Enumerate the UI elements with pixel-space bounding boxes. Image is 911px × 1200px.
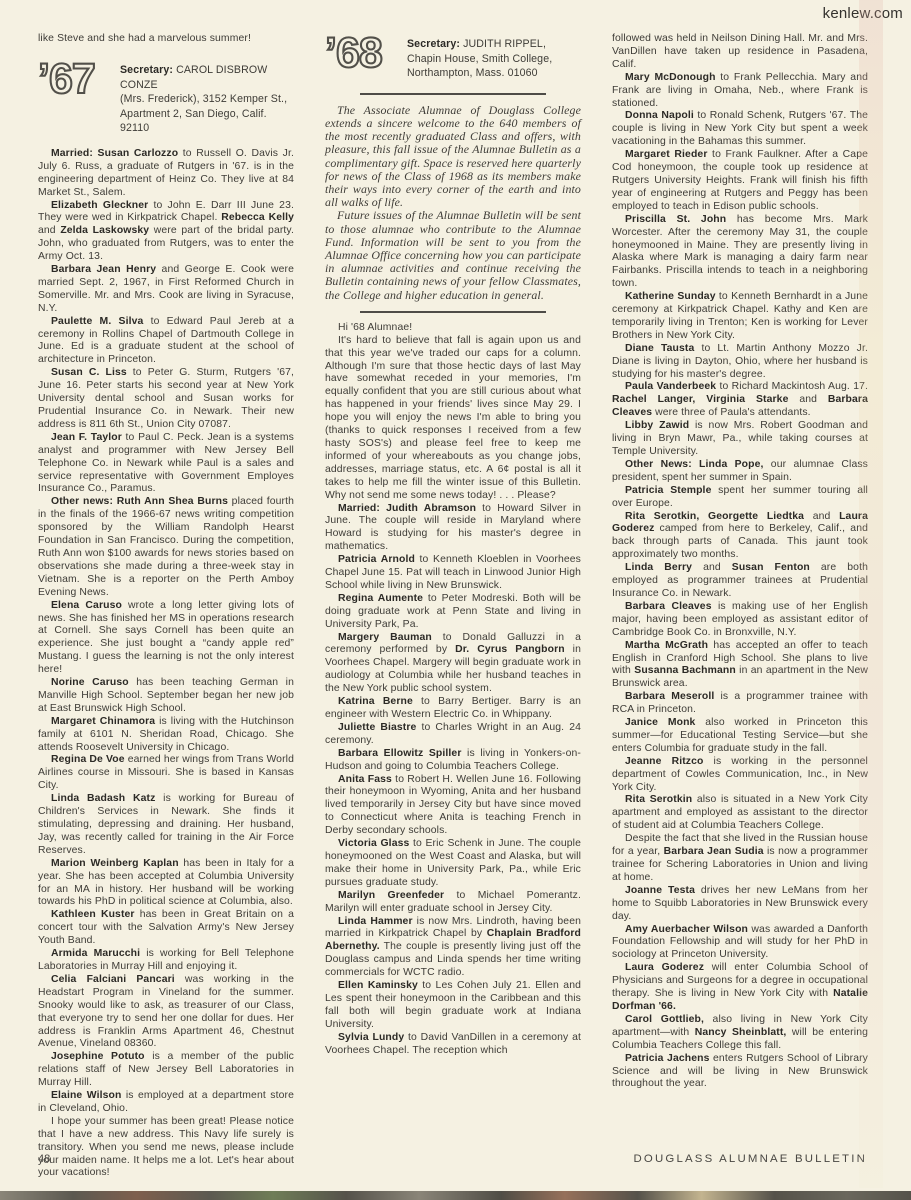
bold-name-text: Armida Marucchi: [51, 948, 140, 959]
bold-name-text: Secretary:: [407, 38, 463, 50]
bold-name-text: Victoria Glass: [338, 838, 409, 849]
body-text: followed was held in Neilson Dining Hall…: [612, 33, 868, 70]
class-year-header: ’68Secretary: JUDITH RIPPEL,Chapin House…: [325, 35, 581, 81]
paragraph: Other News: Linda Pope, our alumnae Clas…: [612, 459, 868, 485]
paragraph: Regina Aumente to Peter Modreski. Both w…: [325, 593, 581, 632]
body-text: (Mrs. Frederick), 3152 Kemper St.,: [120, 93, 287, 105]
bold-name-text: Anita Fass: [338, 774, 392, 785]
bold-name-text: Zelda Laskowsky: [60, 225, 149, 236]
paragraph: Barbara Meseroll is a programmer trainee…: [612, 691, 868, 717]
bold-name-text: Linda Berry: [625, 562, 692, 573]
paragraph: Regina De Voe earned her wings from Tran…: [38, 754, 294, 793]
bold-name-text: Barbara Cleaves: [625, 601, 712, 612]
bold-name-text: Regina De Voe: [51, 754, 125, 765]
paragraph: Barbara Jean Henry and George E. Cook we…: [38, 264, 294, 316]
bold-name-text: Susan Fenton: [732, 562, 810, 573]
intro-paragraph: Future issues of the Alumnae Bulletin wi…: [325, 209, 581, 301]
paragraph: Despite the fact that she lived in the R…: [612, 833, 868, 885]
watermark: kenlew.com: [823, 5, 903, 22]
bold-name-text: Barbara Jean Sudia: [664, 846, 764, 857]
bold-name-text: Margaret Rieder: [625, 149, 707, 160]
column-1: like Steve and she had a marvelous summe…: [38, 33, 294, 1180]
paragraph: Donna Napoli to Ronald Schenk, Rutgers '…: [612, 110, 868, 149]
secretary-info: Secretary: CAROL DISBROW CONZE(Mrs. Fred…: [120, 61, 294, 136]
body-text: like Steve and she had a marvelous summe…: [38, 33, 251, 44]
paragraph: Married: Susan Carlozzo to Russell O. Da…: [38, 148, 294, 200]
secretary-line: Northampton, Mass. 01060: [407, 66, 552, 81]
bold-name-text: Katherine Sunday: [625, 291, 716, 302]
paragraph: Jeanne Ritzco is working in the personne…: [612, 756, 868, 795]
body-text: Hi '68 Alumnae!: [338, 322, 412, 333]
bold-name-text: Amy Auerbacher Wilson: [625, 924, 748, 935]
footer-title: DOUGLASS ALUMNAE BULLETIN: [633, 1153, 867, 1165]
body-text: placed fourth in the finals of the 1966-…: [38, 496, 294, 597]
bold-name-text: Paula Vanderbeek: [625, 381, 716, 392]
secretary-line: Secretary: JUDITH RIPPEL,: [407, 37, 552, 52]
paragraph: Patricia Stemple spent her summer tourin…: [612, 485, 868, 511]
secretary-line: Chapin House, Smith College,: [407, 52, 552, 67]
bold-name-text: Celia Falciani Pancari: [51, 974, 175, 985]
bold-name-text: Rita Serotkin: [625, 794, 692, 805]
paragraph: followed was held in Neilson Dining Hall…: [612, 33, 868, 72]
bold-name-text: Married: Judith Abramson: [338, 503, 476, 514]
paragraph: Ellen Kaminsky to Les Cohen July 21. Ell…: [325, 980, 581, 1032]
paragraph: Victoria Glass to Eric Schenk in June. T…: [325, 838, 581, 890]
bold-name-text: Laura Goderez: [625, 962, 704, 973]
bold-name-text: Rebecca Kelly: [221, 212, 294, 223]
paragraph: Elena Caruso wrote a long letter giving …: [38, 600, 294, 677]
paragraph: Marion Weinberg Kaplan has been in Italy…: [38, 858, 294, 910]
bold-name-text: Other News: Linda Pope,: [625, 459, 764, 470]
paragraph: Josephine Potuto is a member of the publ…: [38, 1051, 294, 1090]
body-text: to Richard Mackintosh Aug. 17.: [716, 381, 868, 392]
bold-name-text: Patricia Stemple: [625, 485, 711, 496]
bold-name-text: Libby Zawid: [625, 420, 689, 431]
paragraph: Mary McDonough to Frank Pellecchia. Mary…: [612, 72, 868, 111]
paragraph: Amy Auerbacher Wilson was awarded a Danf…: [612, 924, 868, 963]
content-columns: like Steve and she had a marvelous summe…: [38, 33, 868, 1180]
bold-name-text: Dr. Cyrus Pangborn: [455, 644, 565, 655]
bold-name-text: Barbara Meseroll: [625, 691, 714, 702]
class-year-badge: ’68: [325, 35, 399, 71]
secretary-info: Secretary: JUDITH RIPPEL,Chapin House, S…: [407, 35, 552, 81]
bold-name-text: Margaret Chinamora: [51, 716, 155, 727]
body-text: JUDITH RIPPEL,: [463, 38, 546, 50]
paragraph: Martha McGrath has accepted an offer to …: [612, 640, 868, 692]
class-year-badge: ’67: [38, 61, 112, 97]
bold-name-text: Married: Susan Carlozzo: [51, 148, 178, 159]
page-number: 48: [38, 1153, 50, 1165]
bold-name-text: Barbara Ellowitz Spiller: [338, 748, 461, 759]
paragraph: Elaine Wilson is employed at a departmen…: [38, 1090, 294, 1116]
divider-rule: [360, 311, 546, 313]
bold-name-text: Jean F. Taylor: [51, 432, 122, 443]
bold-name-text: Linda Hammer: [338, 916, 413, 927]
body-text: was working in the Headstart Program in …: [38, 974, 294, 1050]
footer: 48 DOUGLASS ALUMNAE BULLETIN: [38, 1153, 867, 1165]
paragraph: Marilyn Greenfeder to Michael Pomerantz.…: [325, 890, 581, 916]
paragraph: Priscilla St. John has become Mrs. Mark …: [612, 214, 868, 291]
paragraph: Janice Monk also worked in Princeton thi…: [612, 717, 868, 756]
intro-paragraph: The Associate Alumnae of Douglass Colleg…: [325, 104, 581, 210]
secretary-line: (Mrs. Frederick), 3152 Kemper St.,: [120, 92, 294, 107]
bold-name-text: Carol Gottlieb,: [625, 1014, 704, 1025]
paragraph: like Steve and she had a marvelous summe…: [38, 33, 294, 46]
paragraph: I hope your summer has been great! Pleas…: [38, 1116, 294, 1181]
body-text: and: [692, 562, 732, 573]
bold-name-text: Ellen Kaminsky: [338, 980, 418, 991]
paragraph: Juliette Biastre to Charles Wright in an…: [325, 722, 581, 748]
body-text: and: [788, 394, 827, 405]
bold-name-text: Joanne Testa: [625, 885, 695, 896]
bold-name-text: Patricia Jachens: [625, 1053, 709, 1064]
bold-name-text: Nancy Sheinblatt,: [695, 1027, 787, 1038]
paragraph: Laura Goderez will enter Columbia School…: [612, 962, 868, 1014]
bold-name-text: Kathleen Kuster: [51, 909, 135, 920]
paragraph: Paulette M. Silva to Edward Paul Jereb a…: [38, 316, 294, 368]
paragraph: Linda Berry and Susan Fenton are both em…: [612, 562, 868, 601]
bold-name-text: Other news: Ruth Ann Shea Burns: [51, 496, 228, 507]
bold-name-text: Rita Serotkin, Georgette Liedtka: [625, 511, 804, 522]
bold-name-text: Barbara Jean Henry: [51, 264, 156, 275]
body-text: and: [38, 225, 60, 236]
body-text: I hope your summer has been great! Pleas…: [38, 1116, 294, 1179]
bold-name-text: Donna Napoli: [625, 110, 694, 121]
body-text: and: [804, 511, 839, 522]
paragraph: It's hard to believe that fall is again …: [325, 335, 581, 503]
paragraph: Celia Falciani Pancari was working in th…: [38, 974, 294, 1051]
bold-name-text: Juliette Biastre: [338, 722, 416, 733]
class-year-header: ’67Secretary: CAROL DISBROW CONZE(Mrs. F…: [38, 61, 294, 136]
body-text: Future issues of the Alumnae Bulletin wi…: [325, 208, 581, 301]
divider-rule: [360, 93, 546, 95]
paragraph: Rita Serotkin, Georgette Liedtka and Lau…: [612, 511, 868, 563]
bold-name-text: Marilyn Greenfeder: [338, 890, 444, 901]
bold-name-text: Patricia Arnold: [338, 554, 415, 565]
bold-name-text: Priscilla St. John: [625, 214, 726, 225]
paragraph: Barbara Cleaves is making use of her Eng…: [612, 601, 868, 640]
bold-name-text: Diane Tausta: [625, 343, 694, 354]
bold-name-text: Rachel Langer, Virginia Starke: [612, 394, 788, 405]
paragraph: Other news: Ruth Ann Shea Burns placed f…: [38, 496, 294, 599]
paragraph: Libby Zawid is now Mrs. Robert Goodman a…: [612, 420, 868, 459]
bold-name-text: Jeanne Ritzco: [625, 756, 703, 767]
bold-name-text: Martha McGrath: [625, 640, 708, 651]
paragraph: Susan C. Liss to Peter G. Sturm, Rutgers…: [38, 367, 294, 432]
column-3: followed was held in Neilson Dining Hall…: [612, 33, 868, 1180]
magazine-page: kenlew.com like Steve and she had a marv…: [0, 0, 911, 1200]
paragraph: Linda Badash Katz is working for Bureau …: [38, 793, 294, 858]
paragraph: Elizabeth Gleckner to John E. Darr III J…: [38, 200, 294, 265]
paragraph: Married: Judith Abramson to Howard Silve…: [325, 503, 581, 555]
paragraph: Norine Caruso has been teaching German i…: [38, 677, 294, 716]
bold-name-text: Margery Bauman: [338, 632, 432, 643]
body-text: were three of Paula's attendants.: [652, 407, 811, 418]
secretary-line: Secretary: CAROL DISBROW CONZE: [120, 63, 294, 92]
bold-name-text: Elaine Wilson: [51, 1090, 121, 1101]
bold-name-text: Sylvia Lundy: [338, 1032, 404, 1043]
paragraph: Kathleen Kuster has been in Great Britai…: [38, 909, 294, 948]
body-text: Apartment 2, San Diego, Calif. 92110: [120, 108, 267, 135]
body-text: Northampton, Mass. 01060: [407, 67, 538, 79]
paragraph: Rita Serotkin also is situated in a New …: [612, 794, 868, 833]
bold-name-text: Katrina Berne: [338, 696, 413, 707]
bold-name-text: Linda Badash Katz: [51, 793, 155, 804]
paragraph: Margaret Rieder to Frank Faulkner. After…: [612, 149, 868, 214]
paragraph: Armida Marucchi is working for Bell Tele…: [38, 948, 294, 974]
paragraph: Jean F. Taylor to Paul C. Peck. Jean is …: [38, 432, 294, 497]
paragraph: Paula Vanderbeek to Richard Mackintosh A…: [612, 381, 868, 420]
column-2: ’68Secretary: JUDITH RIPPEL,Chapin House…: [325, 33, 581, 1180]
bold-name-text: Elizabeth Gleckner: [51, 200, 148, 211]
paragraph: Hi '68 Alumnae!: [325, 322, 581, 335]
bottom-edge-bar: [0, 1191, 911, 1200]
bold-name-text: Josephine Potuto: [51, 1051, 145, 1062]
bold-name-text: Elena Caruso: [51, 600, 122, 611]
paragraph: Anita Fass to Robert H. Wellen June 16. …: [325, 774, 581, 839]
paragraph: Patricia Jachens enters Rutgers School o…: [612, 1053, 868, 1092]
bold-name-text: Regina Aumente: [338, 593, 423, 604]
paragraph: Katherine Sunday to Kenneth Bernhardt in…: [612, 291, 868, 343]
body-text: It's hard to believe that fall is again …: [325, 335, 581, 501]
paragraph: Sylvia Lundy to David VanDillen in a cer…: [325, 1032, 581, 1058]
paragraph: Linda Hammer is now Mrs. Lindroth, havin…: [325, 916, 581, 981]
paragraph: Joanne Testa drives her new LeMans from …: [612, 885, 868, 924]
paragraph: Katrina Berne to Barry Bertiger. Barry i…: [325, 696, 581, 722]
body-text: The Associate Alumnae of Douglass Colleg…: [325, 103, 581, 209]
bold-name-text: Secretary:: [120, 64, 176, 76]
paragraph: Carol Gottlieb, also living in New York …: [612, 1014, 868, 1053]
paragraph: Margery Bauman to Donald Galluzzi in a c…: [325, 632, 581, 697]
bold-name-text: Mary McDonough: [625, 72, 716, 83]
paragraph: Patricia Arnold to Kenneth Kloeblen in V…: [325, 554, 581, 593]
bold-name-text: Janice Monk: [625, 717, 695, 728]
bold-name-text: Paulette M. Silva: [51, 316, 143, 327]
paragraph: Diane Tausta to Lt. Martin Anthony Mozzo…: [612, 343, 868, 382]
bold-name-text: Susan C. Liss: [51, 367, 127, 378]
bold-name-text: Norine Caruso: [51, 677, 129, 688]
secretary-line: Apartment 2, San Diego, Calif. 92110: [120, 107, 294, 136]
body-text: Chapin House, Smith College,: [407, 53, 552, 65]
bold-name-text: Susanna Bachmann: [634, 665, 736, 676]
paragraph: Margaret Chinamora is living with the Hu…: [38, 716, 294, 755]
body-text: has become Mrs. Mark Worcester. After th…: [612, 214, 868, 290]
paragraph: Barbara Ellowitz Spiller is living in Yo…: [325, 748, 581, 774]
bold-name-text: Marion Weinberg Kaplan: [51, 858, 179, 869]
